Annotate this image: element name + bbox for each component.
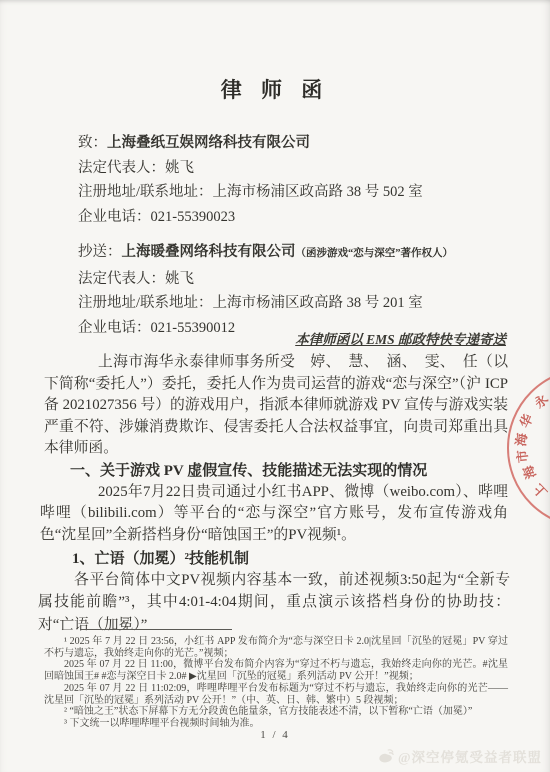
cc-note: （函涉游戏“恋与深空”著作权人） <box>296 248 454 259</box>
cc-company: 上海暖叠网络科技有限公司 <box>122 244 296 260</box>
lawyer-letter-page: 律 师 函 致：上海叠纸互娱网络科技有限公司 法定代表人：姚飞 注册地址/联系地… <box>0 0 550 772</box>
recipient-label: 致： <box>78 135 107 151</box>
recipient-address: 注册地址/联系地址：上海市杨浦区政高路 38 号 502 室 <box>78 180 423 205</box>
recipient-block: 致：上海叠纸互娱网络科技有限公司 法定代表人：姚飞 注册地址/联系地址：上海市杨… <box>78 131 423 229</box>
stamp-char: 市 <box>511 449 531 464</box>
footnote-1-bilibili: 2025 年 07 月 22 日 11:02:09，哔哩哔哩平台发布标题为“穿过… <box>44 683 508 706</box>
section1-paragraph: 2025年7月22日贵司通过小红书APP、微博（weibo.com）、哔哩哔哩（… <box>40 482 508 546</box>
cc-line: 抄送：上海暖叠网络科技有限公司（函涉游戏“恋与深空”著作权人） <box>78 240 453 267</box>
stamp-char: 永 <box>529 389 550 412</box>
cc-address: 注册地址/联系地址：上海市杨浦区政高路 38 号 201 室 <box>78 291 453 316</box>
intro-paragraph: 上海市海华永泰律师事务所受 婷、 慧、 涵、 雯、 任（以下简称“委托人”）委托… <box>44 352 508 460</box>
recipient-line: 致：上海叠纸互娱网络科技有限公司 <box>78 131 423 156</box>
subsection-heading: 1、亡语（加冕）²技能机制 <box>72 547 249 568</box>
footnote-2: ² “暗蚀之王”状态下屏幕下方无分段黄色能量条，官方技能表述不清，以下暂称“亡语… <box>44 706 508 718</box>
footnote-1-weibo: 2025 年 07 月 22 日 11:00，微博平台发布简介内容为“穿过不朽与… <box>44 659 508 682</box>
cc-block: 抄送：上海暖叠网络科技有限公司（函涉游戏“恋与深空”著作权人） 法定代表人：姚飞… <box>78 240 453 340</box>
footnote-3: ³ 下文统一以哔哩哔哩平台视频时间轴为准。 <box>44 718 508 730</box>
document-title: 律 师 函 <box>0 74 550 104</box>
cc-label: 抄送： <box>78 244 122 260</box>
stamp-char: 海 <box>510 432 531 448</box>
weibo-watermark: @深空停氪受益者联盟 <box>378 746 542 766</box>
recipient-legal-rep: 法定代表人：姚飞 <box>78 156 423 181</box>
stamp-char: 华 <box>514 411 537 431</box>
section1-heading: 一、关于游戏 PV 虚假宣传、技能描述无法实现的情况 <box>70 459 427 480</box>
subsection-paragraph: 各平台简体中文PV视频内容基本一致，前述视频3:50起为“全新专属技能前瞻”³，… <box>38 569 510 636</box>
delivery-note: 本律师函以 EMS 邮政特快专递寄送 <box>295 328 506 348</box>
recipient-phone: 企业电话：021-55390023 <box>78 205 423 230</box>
cc-legal-rep: 法定代表人：姚飞 <box>78 267 453 292</box>
stamp-char: 上 <box>528 480 550 503</box>
weibo-icon <box>378 749 395 763</box>
footnotes-block: ¹ 2025 年 7 月 22 日 23:56，小红书 APP 发布简介为“恋与… <box>44 636 508 730</box>
stamp-ring <box>507 368 550 528</box>
footnote-1: ¹ 2025 年 7 月 22 日 23:56，小红书 APP 发布简介为“恋与… <box>44 636 508 659</box>
footnote-separator <box>80 629 232 630</box>
watermark-text: @深空停氪受益者联盟 <box>398 746 542 766</box>
page-number: 1 / 4 <box>0 729 550 741</box>
recipient-company: 上海叠纸互娱网络科技有限公司 <box>107 135 310 151</box>
stamp-char: 海 <box>517 463 540 482</box>
